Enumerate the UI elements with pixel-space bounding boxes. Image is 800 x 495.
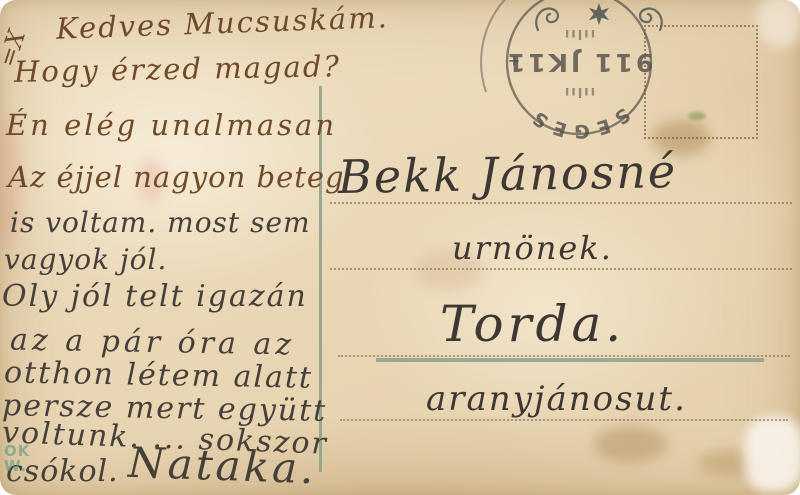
signature: Nataka. bbox=[127, 441, 317, 492]
postmark-tick-marks: ıılıı bbox=[563, 26, 595, 41]
postmark-stamp: SEGES ıılıı 911 JK11 ıılıı + bbox=[494, 0, 664, 154]
postmark-tick-marks: ıılıı bbox=[563, 84, 595, 99]
message-line: is voltam. most sem bbox=[10, 208, 311, 237]
publisher-watermark: OK W. bbox=[4, 444, 30, 474]
message-line: Én elég unalmasan bbox=[6, 110, 337, 140]
message-line: Hogy érzed magad? bbox=[14, 51, 341, 87]
postmark-date-text: 911 JK11 bbox=[505, 48, 653, 77]
address-town: Torda. bbox=[440, 298, 625, 351]
message-line: Kedves Mucsuskám. bbox=[56, 2, 390, 44]
address-street: aranyjánosut. bbox=[426, 382, 687, 418]
postmark-town-text: SEGES bbox=[524, 103, 634, 142]
postmark-outer-arc bbox=[481, 0, 576, 92]
town-underline-rule bbox=[376, 358, 764, 362]
postcard-back: SEGES ıılıı 911 JK11 ıılıı + =X Kedves M… bbox=[0, 0, 800, 495]
address-dotted-rule bbox=[330, 268, 792, 270]
address-dotted-rule bbox=[340, 419, 788, 421]
address-recipient: Bekk Jánosné bbox=[338, 147, 678, 201]
publisher-watermark-line: W. bbox=[4, 459, 30, 474]
message-line: Az éjjel nagyon beteg bbox=[8, 162, 345, 192]
postcard-photo: SEGES ıılıı 911 JK11 ıılıı + =X Kedves M… bbox=[0, 0, 800, 495]
address-dotted-rule bbox=[338, 355, 790, 357]
message-line: vagyok jól. bbox=[4, 245, 167, 274]
corner-damage bbox=[744, 416, 800, 492]
postmark-plus-mark: + bbox=[508, 52, 521, 70]
message-line: Oly jól telt igazán bbox=[2, 281, 308, 313]
address-honorific: urnönek. bbox=[452, 232, 613, 266]
stain bbox=[756, 0, 800, 48]
stain bbox=[594, 426, 668, 462]
stain bbox=[698, 450, 762, 476]
